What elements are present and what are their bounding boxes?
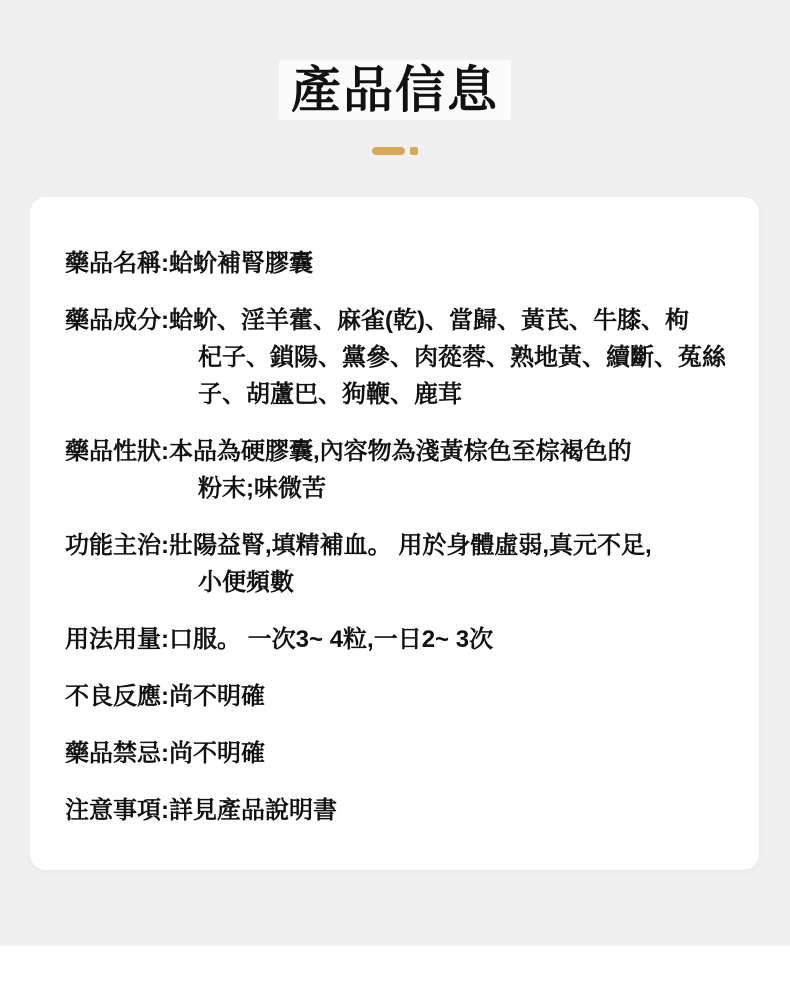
next-section-background	[0, 946, 790, 986]
field-value-continued: 粉末;味微苦	[198, 470, 747, 507]
field-value: 蛤蚧補腎膠囊	[169, 250, 313, 277]
field-label: 注意事項:	[65, 797, 169, 824]
info-row-precautions: 注意事項:詳見產品說明書	[65, 792, 747, 829]
info-row-dosage: 用法用量:口服。 一次3~ 4粒,一日2~ 3次	[65, 621, 747, 658]
field-value: 詳見產品說明書	[169, 797, 337, 824]
info-row-name: 藥品名稱:蛤蚧補腎膠囊	[65, 245, 747, 282]
field-label: 藥品性狀:	[65, 438, 169, 465]
field-label: 藥品名稱:	[65, 250, 169, 277]
info-row-properties: 藥品性狀:本品為硬膠囊,內容物為淺黃棕色至棕褐色的 粉末;味微苦	[65, 433, 747, 507]
page-header: 產品信息	[0, 0, 790, 155]
info-row-ingredients: 藥品成分:蛤蚧、淫羊藿、麻雀(乾)、當歸、黃芪、牛膝、枸 杞子、鎖陽、黨參、肉蓯…	[65, 302, 747, 413]
field-label: 藥品成分:	[65, 307, 169, 334]
field-value: 尚不明確	[169, 683, 265, 710]
field-value: 尚不明確	[169, 740, 265, 767]
field-label: 藥品禁忌:	[65, 740, 169, 767]
product-info-card: 藥品名稱:蛤蚧補腎膠囊 藥品成分:蛤蚧、淫羊藿、麻雀(乾)、當歸、黃芪、牛膝、枸…	[30, 197, 759, 870]
field-label: 不良反應:	[65, 683, 169, 710]
info-row-indications: 功能主治:壯陽益腎,填精補血。 用於身體虛弱,真元不足, 小便頻數	[65, 527, 747, 601]
field-value: 壯陽益腎,填精補血。 用於身體虛弱,真元不足,	[169, 532, 652, 559]
field-value-continued: 子、胡蘆巴、狗鞭、鹿茸	[198, 376, 747, 413]
info-row-contraindications: 藥品禁忌:尚不明確	[65, 735, 747, 772]
page-title: 產品信息	[279, 60, 511, 120]
title-divider	[0, 147, 790, 155]
divider-dot-icon	[410, 147, 418, 155]
field-label: 用法用量:	[65, 626, 169, 653]
divider-bar-icon	[372, 147, 405, 155]
field-value-continued: 小便頻數	[198, 564, 747, 601]
field-label: 功能主治:	[65, 532, 169, 559]
field-value: 蛤蚧、淫羊藿、麻雀(乾)、當歸、黃芪、牛膝、枸	[169, 307, 689, 334]
product-info-page: 產品信息 藥品名稱:蛤蚧補腎膠囊 藥品成分:蛤蚧、淫羊藿、麻雀(乾)、當歸、黃芪…	[0, 0, 790, 986]
field-value: 本品為硬膠囊,內容物為淺黃棕色至棕褐色的	[169, 438, 632, 465]
field-value-continued: 杞子、鎖陽、黨參、肉蓯蓉、熟地黃、續斷、菟絲	[198, 339, 747, 376]
info-row-adverse-reactions: 不良反應:尚不明確	[65, 678, 747, 715]
field-value: 口服。 一次3~ 4粒,一日2~ 3次	[169, 626, 493, 653]
